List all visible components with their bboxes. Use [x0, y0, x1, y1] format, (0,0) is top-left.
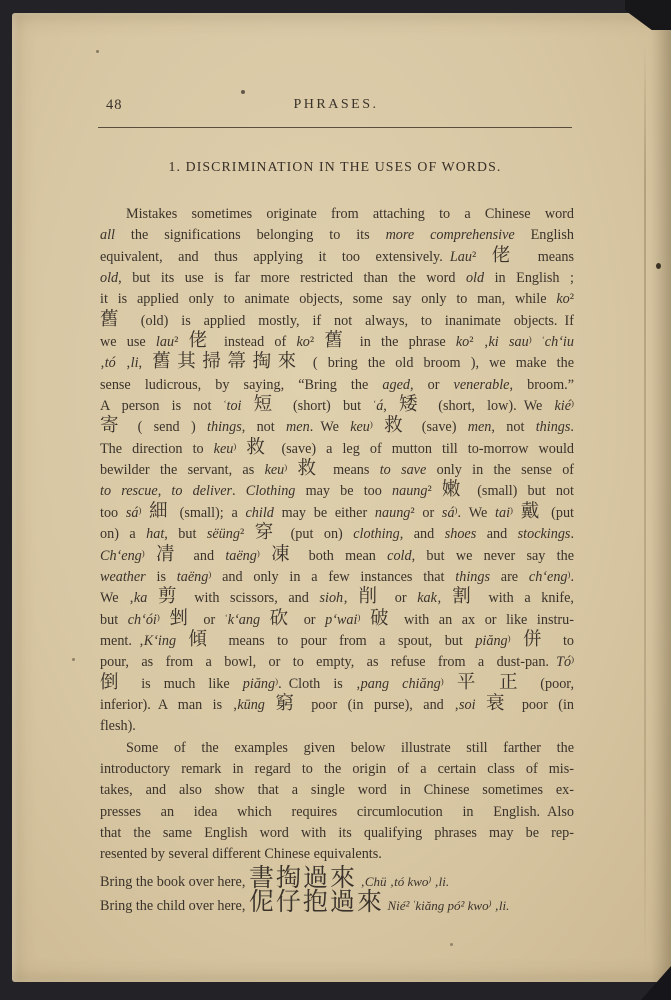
ink-speck: [241, 90, 245, 94]
text-line: bewilder the servant, as keu) 救 means to…: [100, 460, 574, 481]
body-text: Mistakes sometimes originate from attach…: [100, 204, 574, 914]
text-line: 寄 ( send ) things, not men. We keu) 救 (s…: [100, 417, 574, 438]
text-line: Mistakes sometimes originate from attach…: [100, 204, 574, 225]
text-line: but ch‘ói) 剉 or ‘k‘ang 砍 or p‘wai) 破 wit…: [100, 610, 574, 631]
book-page: 48 PHRASES. 1. DISCRIMINATION IN THE USE…: [12, 13, 671, 982]
text-line: resented by several different Chinese eq…: [100, 844, 574, 865]
text-line: The direction to keu) 救 (save) a leg of …: [100, 439, 574, 460]
page-crease: [644, 41, 646, 966]
text-line: weather is taëng) and only in a few inst…: [100, 567, 574, 588]
text-line: Some of the examples given below illustr…: [100, 738, 574, 759]
scanned-book-photo: { "page": { "number": "48", "running_hea…: [0, 0, 671, 1000]
ink-speck: [72, 658, 75, 661]
text-line: it is applied only to animate objects, s…: [100, 289, 574, 310]
text-line: we use lau² 佬 instead of ko² 舊 in the ph…: [100, 332, 574, 353]
example-line: Bring the child over here, 伲仔抱過來 Nié² ‘k…: [100, 890, 574, 914]
example-line: Bring the book over here, 書掏過來 ‚Chü ‚tó …: [100, 866, 574, 890]
text-line: inferior). A man is ‚kūng 窮 poor (in pur…: [100, 695, 574, 716]
text-line: too sá) 細 (small); a child may be either…: [100, 503, 574, 524]
text-line: flesh).: [100, 716, 574, 737]
text-line: 倒 is much like piăng). Cloth is ‚pang ch…: [100, 674, 574, 695]
section-title: 1. DISCRIMINATION IN THE USES OF WORDS.: [96, 159, 574, 175]
text-line: to rescue, to deliver. Clothing may be t…: [100, 481, 574, 502]
text-line: We ‚ka 剪 with scissors, and sioh‚ 削 or k…: [100, 588, 574, 609]
text-line: sense ludicrous, by saying, “Bring the a…: [100, 375, 574, 396]
text-line: takes, and also show that a single word …: [100, 780, 574, 801]
text-line: Ch‘eng) 凊 and taëng) 凍 both mean cold, b…: [100, 546, 574, 567]
ink-speck: [96, 50, 99, 53]
text-line: pour, as from a bowl, or to empty, as re…: [100, 652, 574, 673]
ink-speck: [450, 943, 453, 946]
text-line: all the significations belonging to its …: [100, 225, 574, 246]
page-edge-shadow: [651, 13, 671, 982]
paper-hole: [656, 263, 661, 269]
text-line: 舊 (old) is applied mostly, if not always…: [100, 311, 574, 332]
running-head: PHRASES.: [100, 97, 572, 113]
text-line: that the same English word with its qual…: [100, 823, 574, 844]
text-line: presses an idea which requires circumloc…: [100, 802, 574, 823]
text-line: ‚tó ‚li, 舊其掃箒掏來 ( bring the old broom ),…: [100, 353, 574, 374]
header-rule: [98, 127, 572, 128]
text-line: A person is not ‘toi 短 (short) but ‘á, 矮…: [100, 396, 574, 417]
text-line: introductory remark in regard to the ori…: [100, 759, 574, 780]
text-line: on) a hat, but sëüng² 穿 (put on) clothin…: [100, 524, 574, 545]
text-line: old, but its use is far more restricted …: [100, 268, 574, 289]
text-line: equivalent, and thus applying it too ext…: [100, 247, 574, 268]
text-line: ment. ‚K‘ing 傾 means to pour from a spou…: [100, 631, 574, 652]
